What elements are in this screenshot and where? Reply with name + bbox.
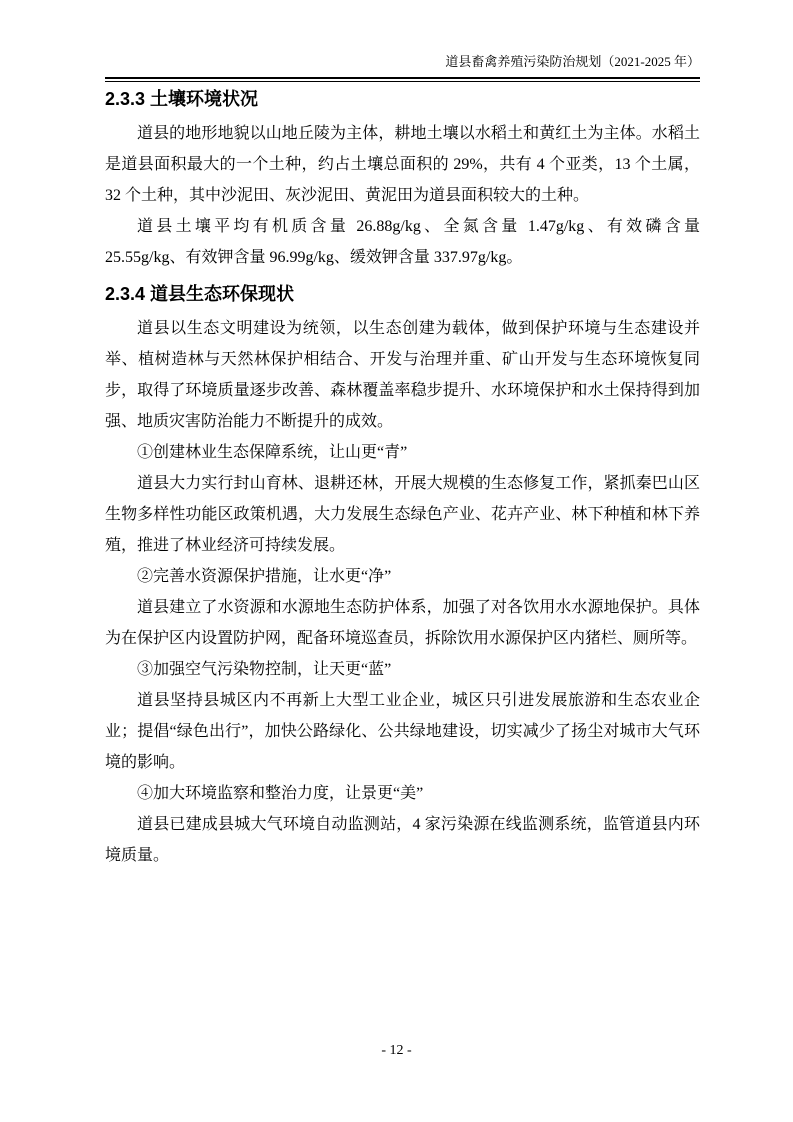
paragraph-point-2-body: 道县建立了水资源和水源地生态防护体系，加强了对各饮用水水源地保护。具体为在保护区… [105, 592, 700, 654]
paragraph-soil-overview: 道县的地形地貌以山地丘陵为主体，耕地土壤以水稻土和黄红土为主体。水稻土是道县面积… [105, 118, 700, 211]
section-heading-2-3-4: 2.3.4 道县生态环保现状 [105, 281, 700, 307]
paragraph-point-3-body: 道县坚持县城区内不再新上大型工业企业，城区只引进发展旅游和生态农业企业；提倡“绿… [105, 685, 700, 778]
header-rule [105, 77, 700, 82]
document-content: 2.3.3 土壤环境状况 道县的地形地貌以山地丘陵为主体，耕地土壤以水稻土和黄红… [105, 86, 700, 871]
section-heading-2-3-3: 2.3.3 土壤环境状况 [105, 86, 700, 112]
page-header: 道县畜禽养殖污染防治规划（2021-2025 年） [105, 53, 700, 71]
paragraph-point-1-body: 道县大力实行封山育林、退耕还林，开展大规模的生态修复工作，紧抓秦巴山区生物多样性… [105, 468, 700, 561]
header-title: 道县畜禽养殖污染防治规划（2021-2025 年） [445, 54, 700, 69]
paragraph-point-1-title: ①创建林业生态保障系统，让山更“青” [105, 437, 700, 468]
paragraph-point-4-body: 道县已建成县城大气环境自动监测站，4 家污染源在线监测系统，监管道县内环境质量。 [105, 809, 700, 871]
page-footer: - 12 - [0, 1042, 793, 1060]
paragraph-point-2-title: ②完善水资源保护措施，让水更“净” [105, 561, 700, 592]
page-number: - 12 - [381, 1043, 411, 1058]
paragraph-eco-overview: 道县以生态文明建设为统领，以生态创建为载体，做到保护环境与生态建设并举、植树造林… [105, 313, 700, 437]
paragraph-point-3-title: ③加强空气污染物控制，让天更“蓝” [105, 654, 700, 685]
paragraph-point-4-title: ④加大环境监察和整治力度，让景更“美” [105, 778, 700, 809]
paragraph-soil-nutrients: 道县土壤平均有机质含量 26.88g/kg、全氮含量 1.47g/kg、有效磷含… [105, 211, 700, 273]
document-page: 道县畜禽养殖污染防治规划（2021-2025 年） 2.3.3 土壤环境状况 道… [0, 0, 793, 1122]
